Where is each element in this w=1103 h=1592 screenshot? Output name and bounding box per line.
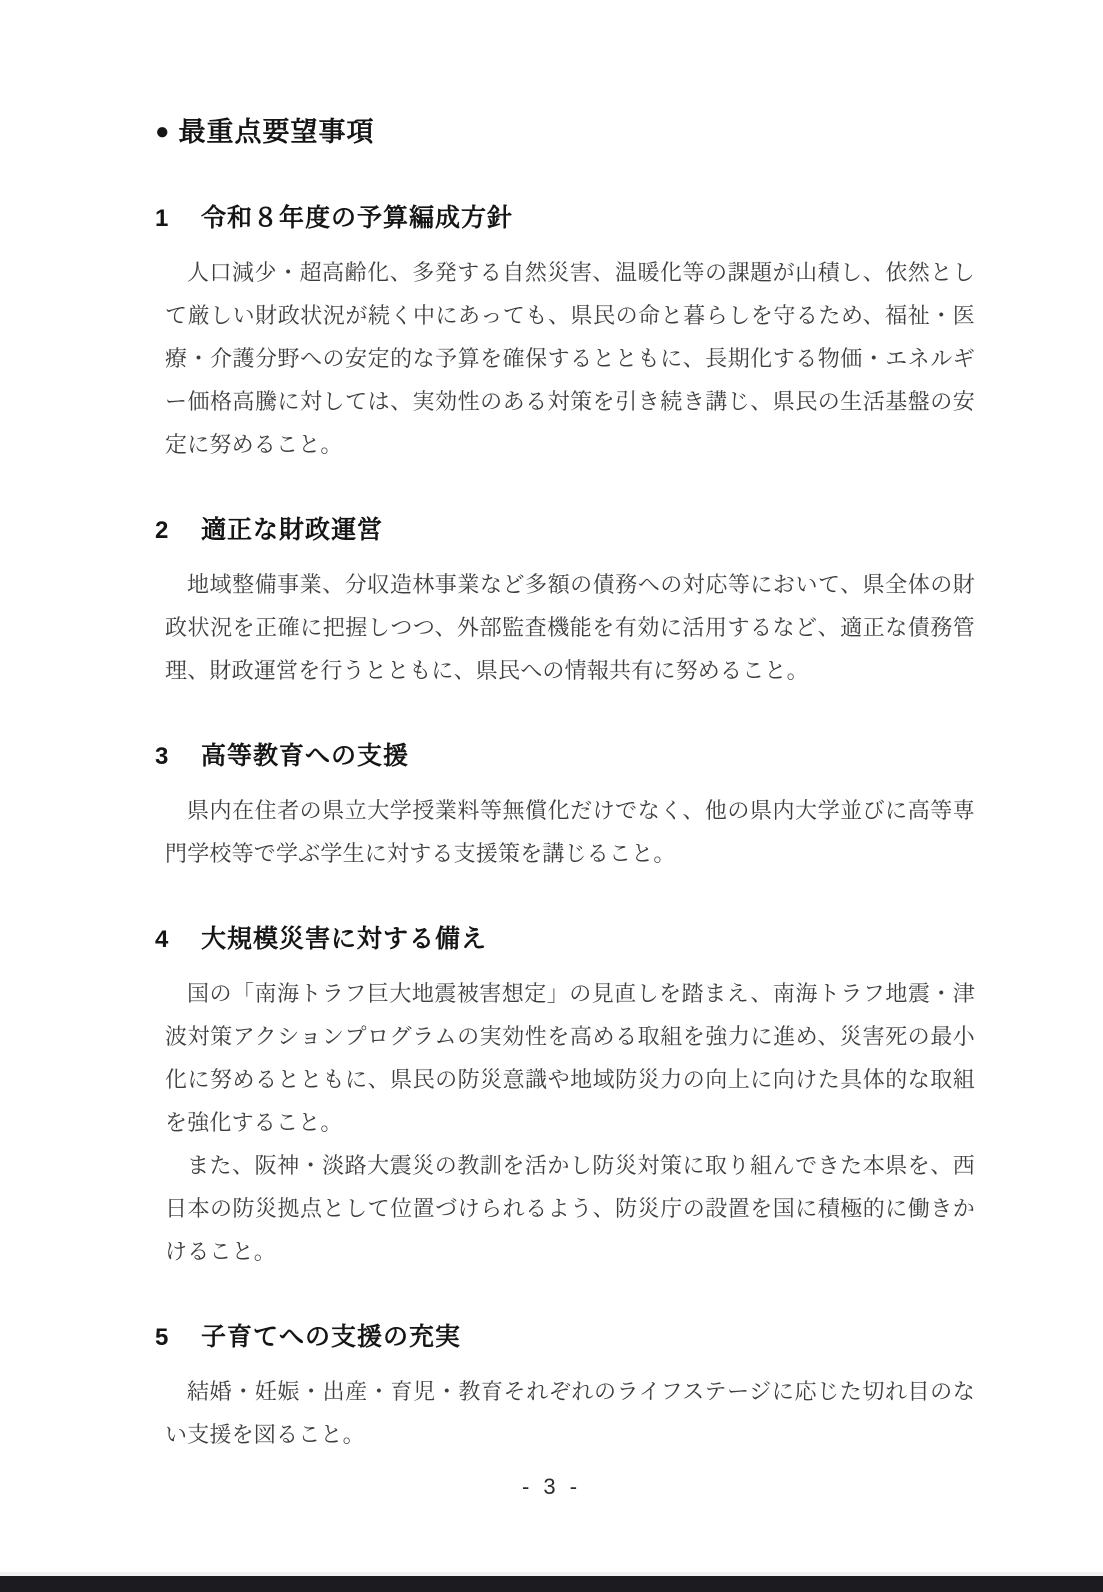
- page-number: - 3 -: [0, 1474, 1103, 1500]
- section-1-paragraph: 人口減少・超高齢化、多発する自然災害、温暖化等の課題が山積し、依然として厳しい財…: [165, 252, 975, 467]
- section-3-number: 3: [155, 742, 201, 772]
- section-5-paragraph: 結婚・妊娠・出産・育児・教育それぞれのライフステージに応じた切れ目のない支援を図…: [165, 1371, 975, 1457]
- section-5-number: 5: [155, 1323, 201, 1353]
- document-heading-label: 最重点要望事項: [179, 116, 375, 148]
- section-1: 1令和８年度の予算編成方針 人口減少・超高齢化、多発する自然災害、温暖化等の課題…: [155, 203, 1043, 467]
- section-2-number: 2: [155, 516, 201, 546]
- section-3-paragraph: 県内在住者の県立大学授業料等無償化だけでなく、他の県内大学並びに高等専門学校等で…: [165, 790, 975, 876]
- section-2-paragraph: 地域整備事業、分収造林事業など多額の債務への対応等において、県全体の財政状況を正…: [165, 564, 975, 693]
- section-1-title: 令和８年度の予算編成方針: [201, 204, 513, 232]
- section-5-heading: 5子育てへの支援の充実: [155, 1322, 1043, 1353]
- section-3-heading: 3高等教育への支援: [155, 741, 1043, 772]
- section-4-heading: 4大規模災害に対する備え: [155, 924, 1043, 955]
- section-2: 2適正な財政運営 地域整備事業、分収造林事業など多額の債務への対応等において、県…: [155, 515, 1043, 693]
- document-page: ● 最重点要望事項 1令和８年度の予算編成方針 人口減少・超高齢化、多発する自然…: [0, 0, 1103, 1592]
- viewer-bottom-bar: [0, 1576, 1103, 1592]
- section-2-title: 適正な財政運営: [201, 516, 383, 544]
- section-1-number: 1: [155, 204, 201, 234]
- document-heading: ● 最重点要望事項: [155, 116, 1043, 148]
- section-5: 5子育てへの支援の充実 結婚・妊娠・出産・育児・教育それぞれのライフステージに応…: [155, 1322, 1043, 1457]
- bullet-icon: ●: [155, 116, 170, 148]
- section-2-heading: 2適正な財政運営: [155, 515, 1043, 546]
- section-4-number: 4: [155, 925, 201, 955]
- section-4-paragraph-1: 国の「南海トラフ巨大地震被害想定」の見直しを踏まえ、南海トラフ地震・津波対策アク…: [165, 973, 975, 1145]
- section-4-title: 大規模災害に対する備え: [201, 925, 487, 953]
- section-4: 4大規模災害に対する備え 国の「南海トラフ巨大地震被害想定」の見直しを踏まえ、南…: [155, 924, 1043, 1274]
- section-1-heading: 1令和８年度の予算編成方針: [155, 203, 1043, 234]
- section-5-title: 子育てへの支援の充実: [201, 1323, 461, 1351]
- section-3-title: 高等教育への支援: [201, 742, 409, 770]
- section-4-paragraph-2: また、阪神・淡路大震災の教訓を活かし防災対策に取り組んできた本県を、西日本の防災…: [165, 1145, 975, 1274]
- section-3: 3高等教育への支援 県内在住者の県立大学授業料等無償化だけでなく、他の県内大学並…: [155, 741, 1043, 876]
